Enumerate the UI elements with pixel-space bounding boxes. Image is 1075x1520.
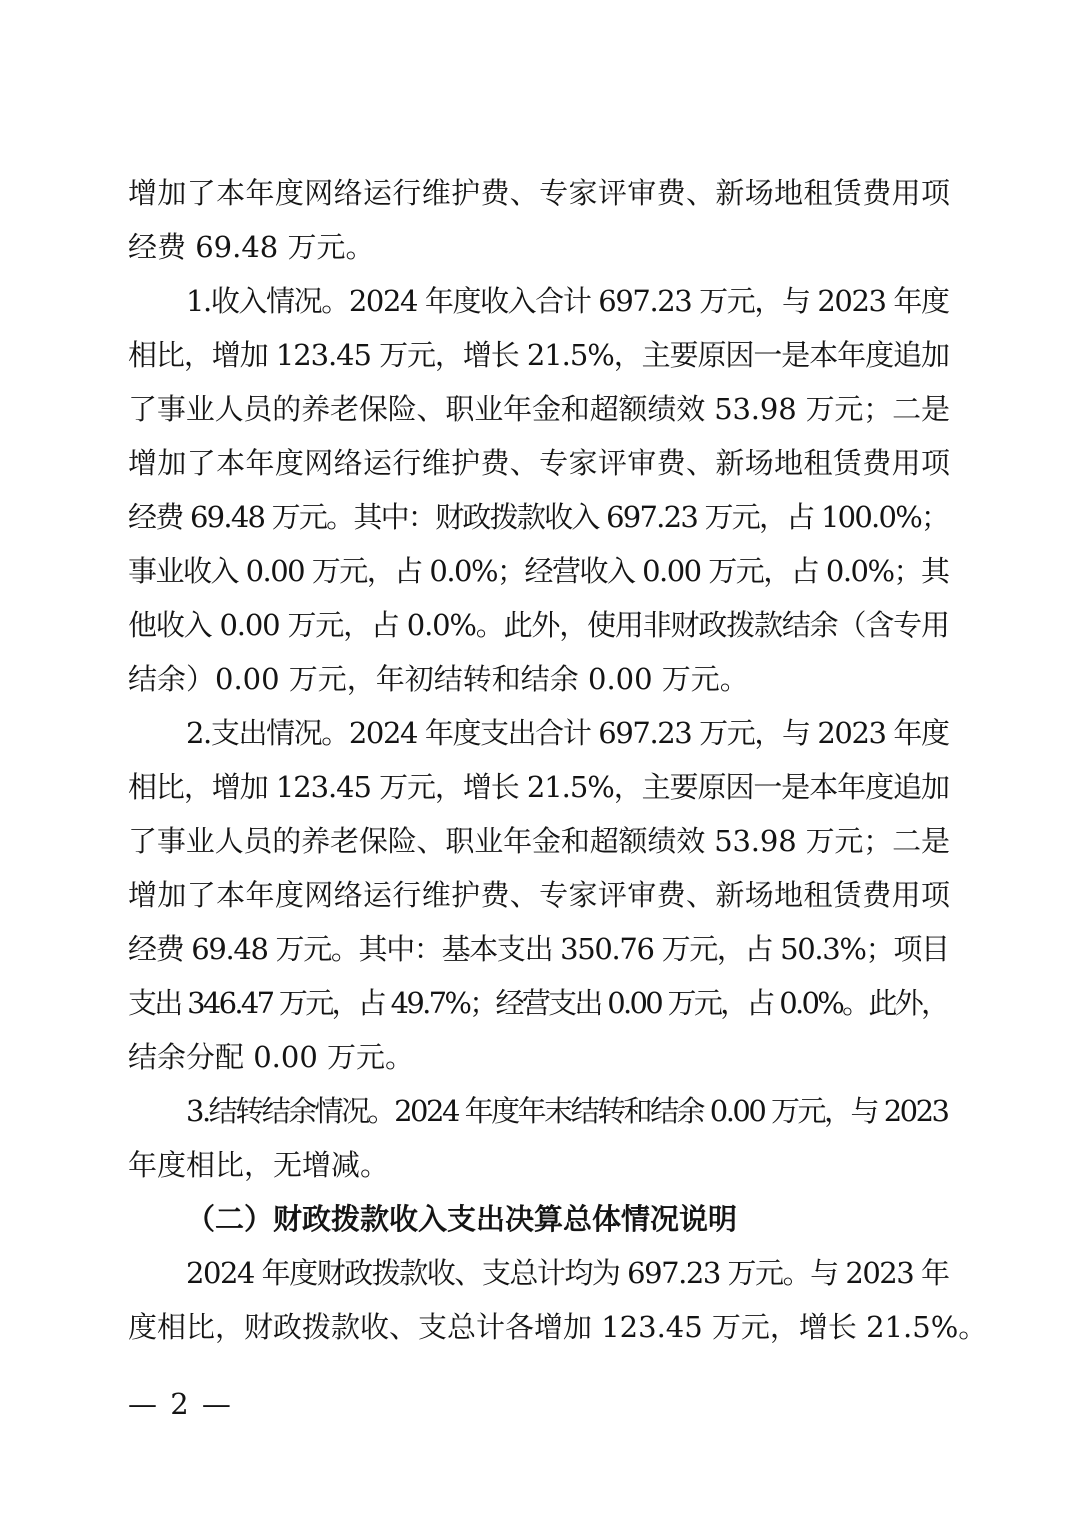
- page-number-footer: — 2 —: [128, 1382, 233, 1426]
- text-line-content: 相比，增加 123.45 万元，增长 21.5%，主要原因一是本年度追加: [128, 770, 949, 804]
- text-line: 他收入 0.00 万元，占 0.0%。此外，使用非财政拨款结余（含专用: [128, 598, 950, 652]
- text-line: 结余）0.00 万元，年初结转和结余 0.00 万元。: [128, 652, 950, 706]
- text-line-content: 他收入 0.00 万元，占 0.0%。此外，使用非财政拨款结余（含专用: [128, 608, 949, 642]
- text-line-content: 2024 年度财政拨款收、支总计均为 697.23 万元。与 2023 年: [186, 1256, 949, 1290]
- section-heading: （二）财政拨款收入支出决算总体情况说明: [128, 1192, 950, 1246]
- text-line-content: 相比，增加 123.45 万元，增长 21.5%，主要原因一是本年度追加: [128, 338, 949, 372]
- text-line-content: 度相比，财政拨款收、支总计各增加 123.45 万元，增长 21.5%。: [128, 1310, 987, 1344]
- text-line: 相比，增加 123.45 万元，增长 21.5%，主要原因一是本年度追加: [128, 760, 950, 814]
- section-heading-line: （二）财政拨款收入支出决算总体情况说明: [128, 1192, 950, 1246]
- text-line-content: 2.支出情况。2024 年度支出合计 697.23 万元，与 2023 年度: [186, 716, 949, 750]
- text-line: 增加了本年度网络运行维护费、专家评审费、新场地租赁费用项: [128, 436, 950, 490]
- text-line-content: 支出 346.47 万元，占 49.7%；经营支出 0.00 万元，占 0.0%…: [128, 986, 947, 1020]
- paragraph: 1.收入情况。2024 年度收入合计 697.23 万元，与 2023 年度相比…: [128, 274, 950, 706]
- paragraph: 2024 年度财政拨款收、支总计均为 697.23 万元。与 2023 年度相比…: [128, 1246, 950, 1354]
- text-line-content: 经费 69.48 万元。其中：财政拨款收入 697.23 万元，占 100.0%…: [128, 500, 948, 534]
- paragraph: 2.支出情况。2024 年度支出合计 697.23 万元，与 2023 年度相比…: [128, 706, 950, 1084]
- text-line: 增加了本年度网络运行维护费、专家评审费、新场地租赁费用项: [128, 166, 950, 220]
- text-line: 2024 年度财政拨款收、支总计均为 697.23 万元。与 2023 年: [128, 1246, 950, 1300]
- text-line-content: 事业收入 0.00 万元，占 0.0%；经营收入 0.00 万元，占 0.0%；…: [128, 554, 948, 588]
- document-body: 增加了本年度网络运行维护费、专家评审费、新场地租赁费用项经费 69.48 万元。…: [128, 166, 950, 1354]
- text-line-content: 经费 69.48 万元。其中：基本支出 350.76 万元，占 50.3%；项目: [128, 932, 949, 966]
- text-line: 支出 346.47 万元，占 49.7%；经营支出 0.00 万元，占 0.0%…: [128, 976, 950, 1030]
- text-line: 2.支出情况。2024 年度支出合计 697.23 万元，与 2023 年度: [128, 706, 950, 760]
- text-line-content: 年度相比，无增减。: [128, 1148, 389, 1182]
- text-line: 了事业人员的养老保险、职业年金和超额绩效 53.98 万元；二是: [128, 382, 950, 436]
- document-page: 增加了本年度网络运行维护费、专家评审费、新场地租赁费用项经费 69.48 万元。…: [0, 0, 1075, 1520]
- text-line: 经费 69.48 万元。其中：基本支出 350.76 万元，占 50.3%；项目: [128, 922, 950, 976]
- text-line: 度相比，财政拨款收、支总计各增加 123.45 万元，增长 21.5%。: [128, 1300, 950, 1354]
- text-line: 增加了本年度网络运行维护费、专家评审费、新场地租赁费用项: [128, 868, 950, 922]
- paragraph: 增加了本年度网络运行维护费、专家评审费、新场地租赁费用项经费 69.48 万元。: [128, 166, 950, 274]
- text-line: 经费 69.48 万元。: [128, 220, 950, 274]
- paragraph: 3.结转结余情况。2024 年度年末结转和结余 0.00 万元，与 2023年度…: [128, 1084, 950, 1192]
- text-line: 3.结转结余情况。2024 年度年末结转和结余 0.00 万元，与 2023: [128, 1084, 950, 1138]
- text-line-content: 结余分配 0.00 万元。: [128, 1040, 414, 1074]
- text-line: 了事业人员的养老保险、职业年金和超额绩效 53.98 万元；二是: [128, 814, 950, 868]
- text-line: 相比，增加 123.45 万元，增长 21.5%，主要原因一是本年度追加: [128, 328, 950, 382]
- text-line-content: 增加了本年度网络运行维护费、专家评审费、新场地租赁费用项: [128, 446, 950, 480]
- text-line-content: 增加了本年度网络运行维护费、专家评审费、新场地租赁费用项: [128, 878, 950, 912]
- text-line-content: 了事业人员的养老保险、职业年金和超额绩效 53.98 万元；二是: [128, 392, 950, 426]
- text-line-content: 了事业人员的养老保险、职业年金和超额绩效 53.98 万元；二是: [128, 824, 950, 858]
- text-line: 事业收入 0.00 万元，占 0.0%；经营收入 0.00 万元，占 0.0%；…: [128, 544, 950, 598]
- text-line: 结余分配 0.00 万元。: [128, 1030, 950, 1084]
- text-line: 年度相比，无增减。: [128, 1138, 950, 1192]
- text-line-content: （二）财政拨款收入支出决算总体情况说明: [186, 1202, 737, 1236]
- text-line-content: 1.收入情况。2024 年度收入合计 697.23 万元，与 2023 年度: [186, 284, 949, 318]
- text-line-content: 3.结转结余情况。2024 年度年末结转和结余 0.00 万元，与 2023: [186, 1094, 948, 1128]
- text-line: 1.收入情况。2024 年度收入合计 697.23 万元，与 2023 年度: [128, 274, 950, 328]
- text-line: 经费 69.48 万元。其中：财政拨款收入 697.23 万元，占 100.0%…: [128, 490, 950, 544]
- text-line-content: 结余）0.00 万元，年初结转和结余 0.00 万元。: [128, 662, 749, 696]
- text-line-content: 经费 69.48 万元。: [128, 230, 374, 264]
- text-line-content: 增加了本年度网络运行维护费、专家评审费、新场地租赁费用项: [128, 176, 950, 210]
